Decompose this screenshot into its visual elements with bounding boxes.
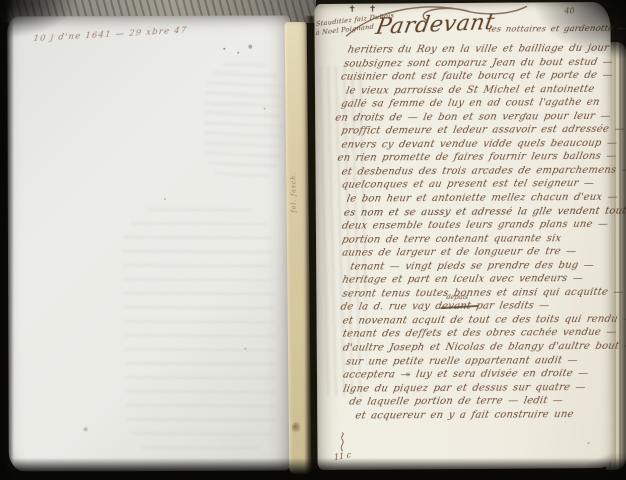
manuscript-line: cuisinier dont est faulte bourcq et le p… — [340, 69, 605, 84]
ink-bleedthrough — [205, 62, 281, 182]
manuscript-line: gallé sa femme de luy en ad coust l'agat… — [340, 96, 605, 111]
ink-specks — [223, 48, 225, 50]
right-page: ✝ ✝ Stauditiez faiz Dubois à Noel Poigna… — [314, 2, 613, 470]
manuscript-text-block: heritiers du Roy en la ville et bailliag… — [341, 42, 606, 423]
gutter-inscription: fol. fasch. — [290, 172, 297, 213]
manuscript-book-scan: 10 j d'ne 1641 — 29 xbre 47 fol. fasch. … — [0, 0, 626, 480]
act-opening-continuation: les nottaires et gardenotte — — [488, 24, 626, 35]
manuscript-line: d'aultre Joseph et Nicolas de blangy d'a… — [342, 340, 607, 355]
ink-bleedthrough — [122, 204, 277, 457]
ink-specks — [525, 113, 527, 115]
manuscript-line: et acquereur en y a fait construire une — [354, 408, 607, 423]
act-opening-word: Pardevant — [374, 10, 497, 40]
left-page: 10 j d'ne 1641 — 29 xbre 47 — [7, 16, 292, 472]
manuscript-line: le bon heur et antoniette mellez chacun … — [345, 191, 605, 206]
manuscript-line: de laquelle portion de terre — ledit — — [348, 394, 607, 409]
manuscript-line: acceptera — luy et sera divisée en droit… — [342, 367, 607, 382]
bottom-notation: 11 c — [329, 432, 355, 461]
interlinear-correction: depuis — [446, 293, 469, 301]
manuscript-line: heritiers du Roy en la ville et bailliag… — [346, 42, 604, 57]
manuscript-line: deux ensemble toutes leurs grands plans … — [341, 218, 606, 233]
left-page-inscription: 10 j d'ne 1641 — 29 xbre 47 — [33, 22, 254, 44]
paraph-icon — [335, 432, 349, 452]
folio-number: 40 — [564, 6, 574, 15]
bottom-notation-text: 11 c — [330, 449, 356, 463]
binding-stain — [292, 422, 301, 434]
